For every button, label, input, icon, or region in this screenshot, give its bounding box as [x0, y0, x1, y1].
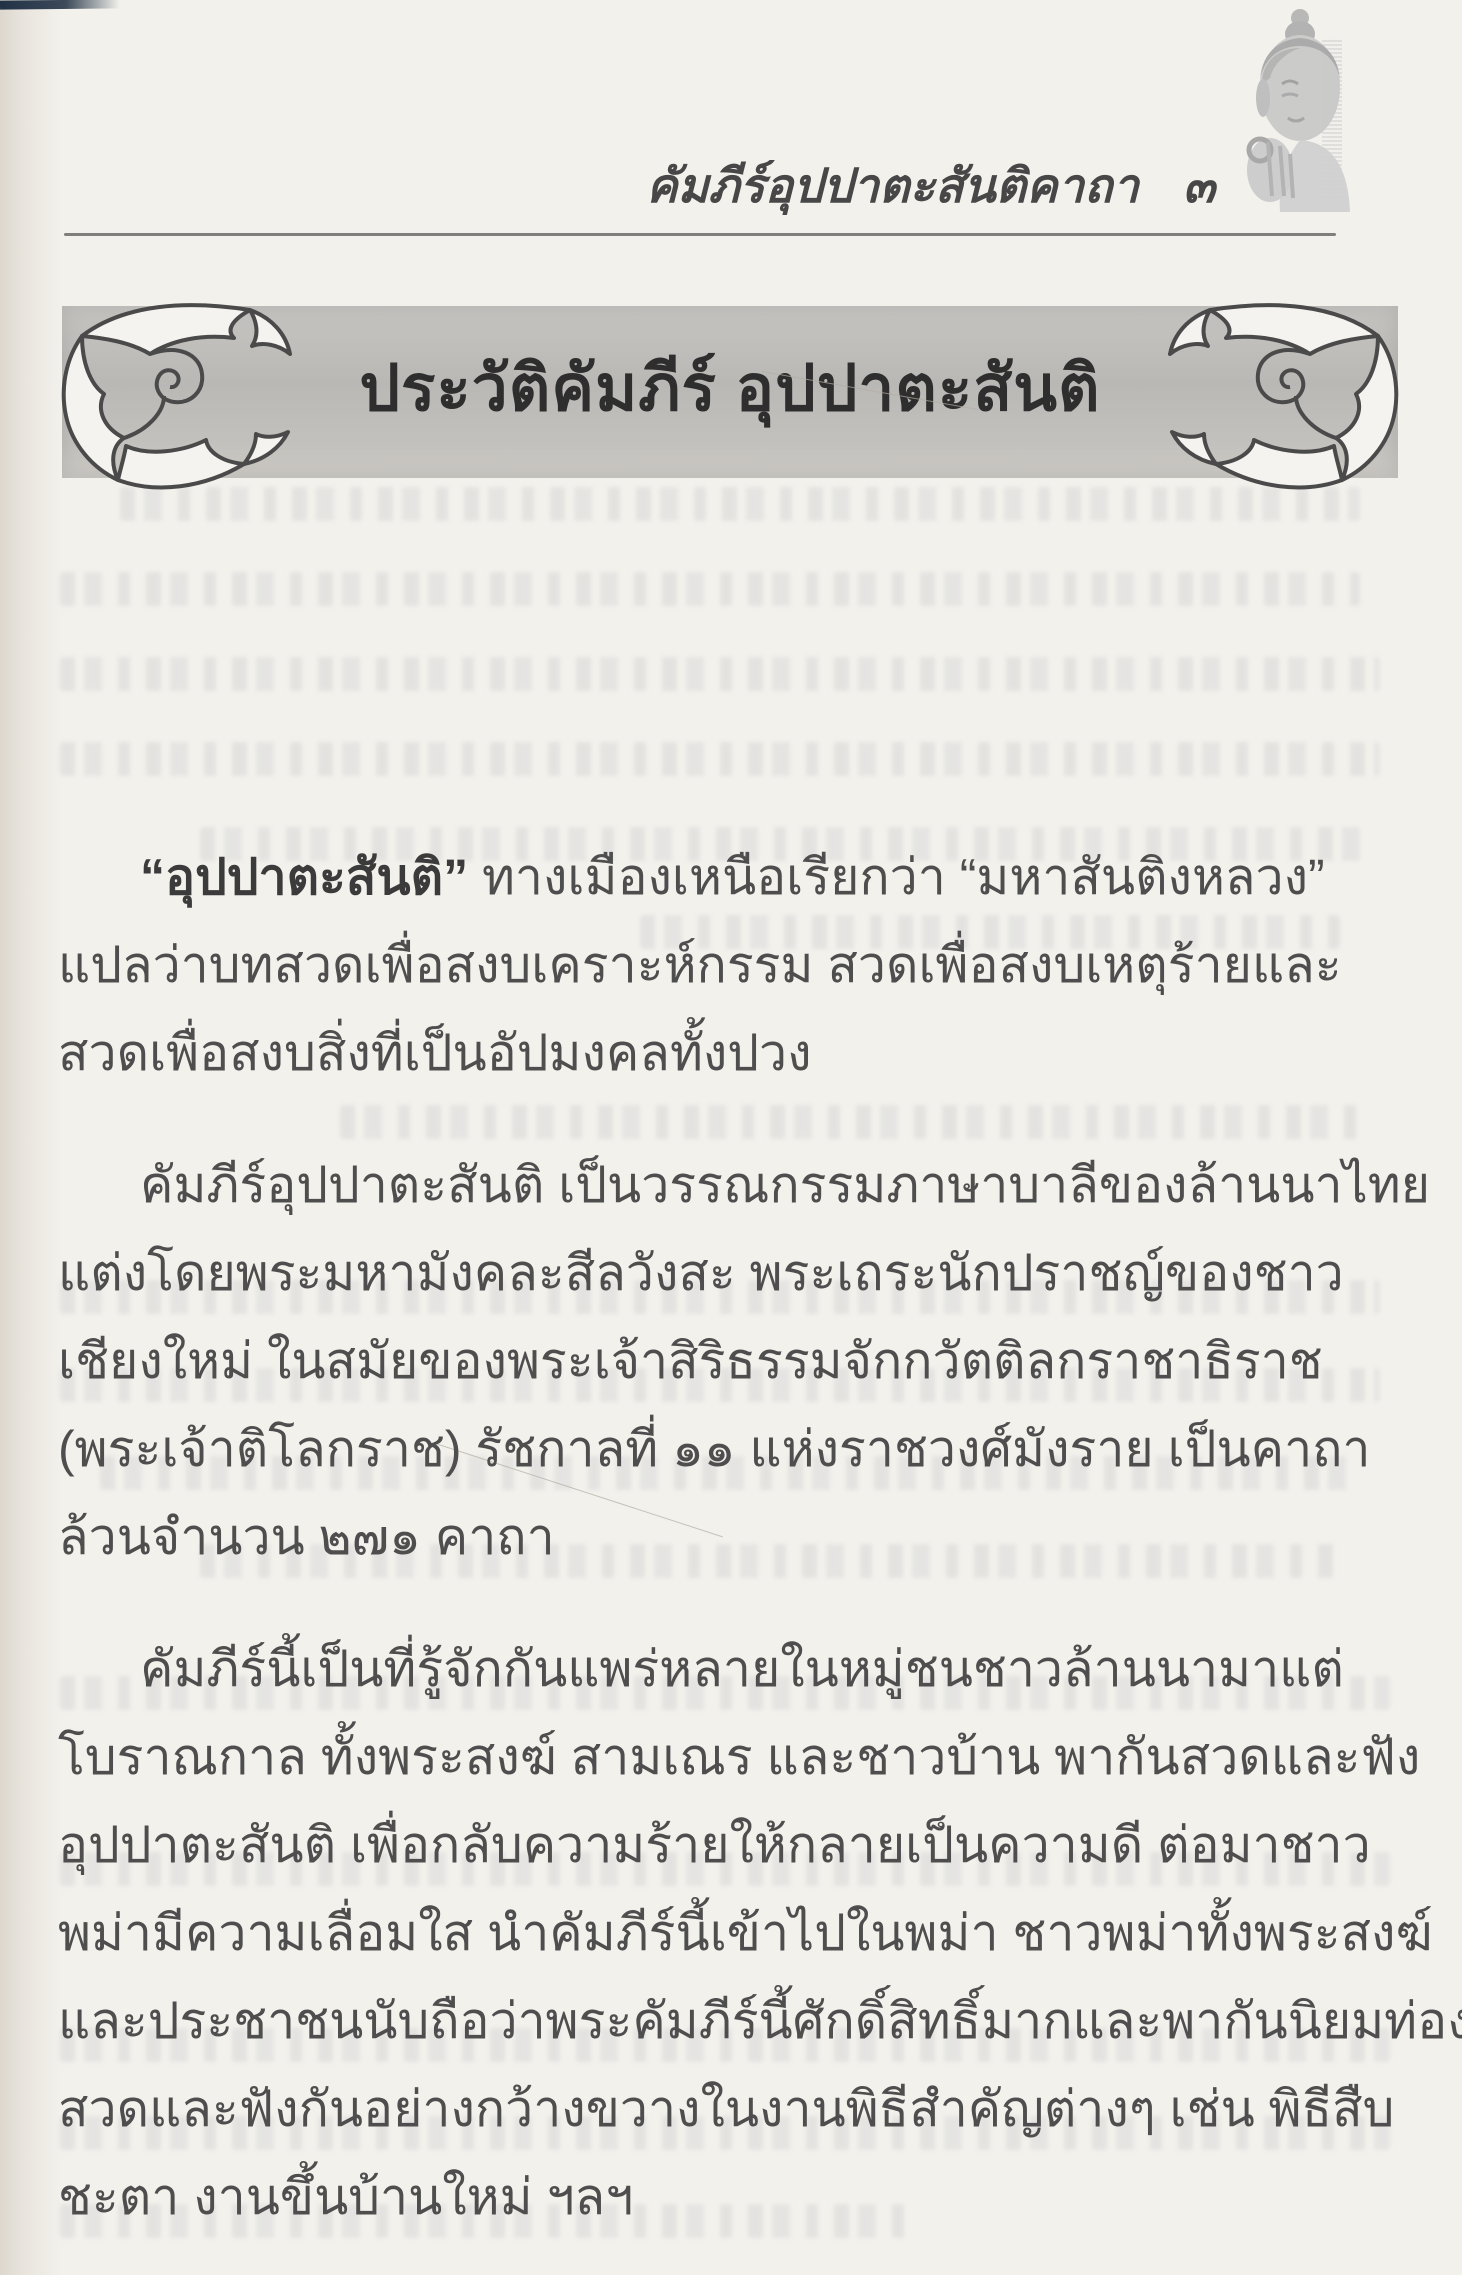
header-divider [64, 233, 1336, 236]
bleed-through-artifact [340, 1105, 1360, 1139]
paragraph3-line3: อุปปาตะสันติ เพื่อกลับความร้ายให้กลายเป็… [58, 1806, 1408, 1888]
bleed-through-artifact [60, 742, 1380, 776]
paragraph1-line1-rest: ทางเมืองเหนือเรียกว่า “มหาสันติงหลวง” [468, 849, 1325, 905]
paragraph1-line2: แปลว่าบทสวดเพื่อสงบเคราะห์กรรม สวดเพื่อส… [58, 926, 1408, 1008]
paragraph3-line7: ชะตา งานขึ้นบ้านใหม่ ฯลฯ [58, 2158, 1408, 2240]
buddha-statue-icon [1238, 0, 1356, 212]
paragraph3-line1: คัมภีร์นี้เป็นที่รู้จักกันแพร่หลายในหมู่… [58, 1630, 1462, 1712]
bleed-through-artifact [60, 657, 1380, 691]
paragraph2-line3: เชียงใหม่ ในสมัยของพระเจ้าสิริธรรมจักกวั… [58, 1322, 1408, 1404]
scan-corner-artifact [0, 0, 120, 10]
paragraph1-line1: “อุปปาตะสันติ” ทางเมืองเหนือเรียกว่า “มห… [58, 838, 1462, 920]
buddha-photo [1238, 0, 1356, 212]
paragraph3-line6: สวดและฟังกันอย่างกว้างขวางในงานพิธีสำคัญ… [58, 2070, 1408, 2152]
paragraph2-line2: แต่งโดยพระมหามังคละสีลวังสะ พระเถระนักปร… [58, 1234, 1408, 1316]
paragraph2-line5: ล้วนจำนวน ๒๗๑ คาถา [58, 1498, 1408, 1580]
paragraph2-line1: คัมภีร์อุปปาตะสันติ เป็นวรรณกรรมภาษาบาลี… [58, 1146, 1462, 1228]
paragraph3-line2: โบราณกาล ทั้งพระสงฆ์ สามเณร และชาวบ้าน พ… [58, 1718, 1408, 1800]
paragraph1-line3: สวดเพื่อสงบสิ่งที่เป็นอัปมงคลทั้งปวง [58, 1014, 1408, 1096]
term-uppatasanti-bold: “อุปปาตะสันติ” [140, 849, 468, 905]
scanned-book-page: คัมภีร์อุปปาตะสันติคาถา ๓ [0, 0, 1462, 2275]
title-banner: ประวัติคัมภีร์ อุปปาตะสันติ [56, 296, 1404, 492]
bleed-through-artifact [60, 572, 1360, 606]
chapter-title: ประวัติคัมภีร์ อุปปาตะสันติ [56, 337, 1404, 439]
header-page-number: ๓ [1183, 148, 1215, 223]
paragraph2-line4: (พระเจ้าติโลกราช) รัชกาลที่ ๑๑ แห่งราชวง… [58, 1410, 1408, 1492]
paragraph3-line4: พม่ามีความเลื่อมใส นำคัมภีร์นี้เข้าไปในพ… [58, 1894, 1408, 1976]
running-header: คัมภีร์อุปปาตะสันติคาถา ๓ [646, 148, 1215, 223]
paragraph3-line5: และประชาชนนับถือว่าพระคัมภีร์นี้ศักดิ์สิ… [58, 1982, 1408, 2064]
header-book-title: คัมภีร์อุปปาตะสันติคาถา [646, 148, 1139, 223]
